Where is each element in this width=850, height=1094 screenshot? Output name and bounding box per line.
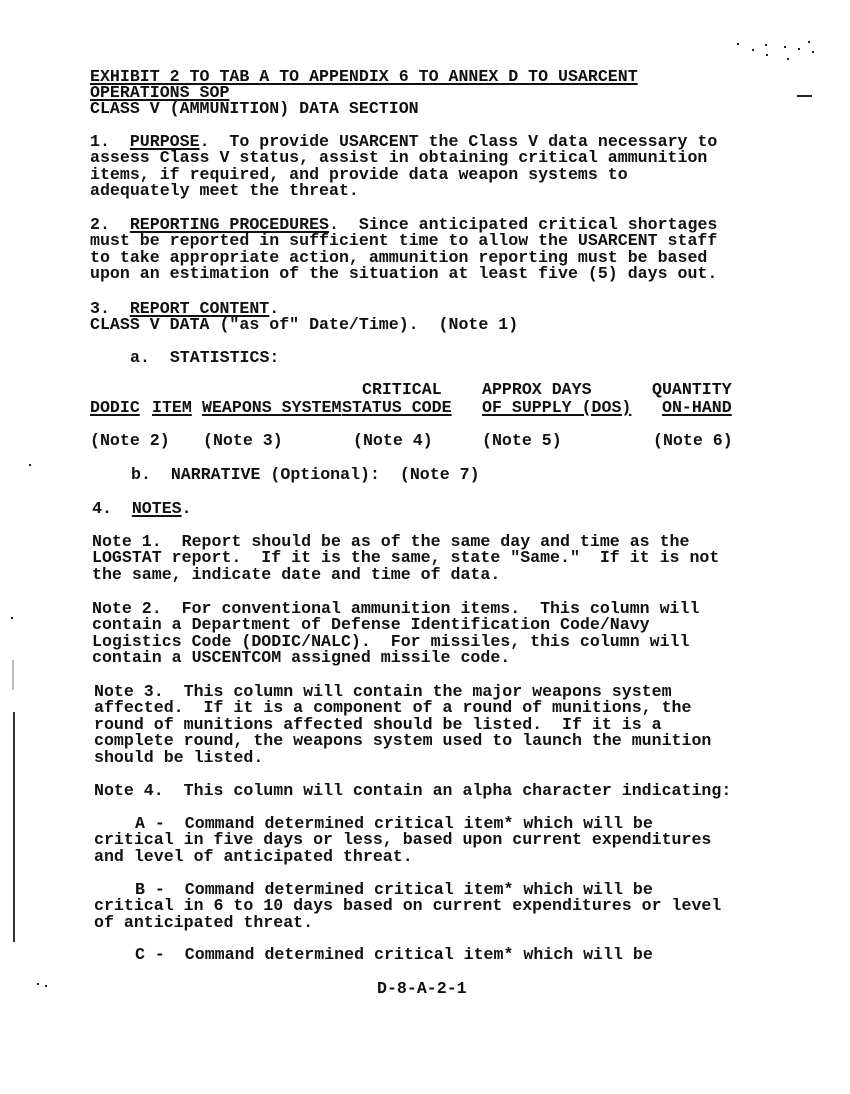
page-number: D-8-A-2-1 (377, 980, 467, 997)
code-a-line: critical in five days or less, based upo… (94, 831, 711, 848)
statistics-label: a. STATISTICS: (130, 349, 279, 366)
header-weapons-system: WEAPONS SYSTEM (202, 399, 341, 416)
header-days-of-supply: OF SUPPLY (DOS) (482, 399, 631, 416)
header-dodic: DODIC (90, 399, 140, 416)
scan-speck (765, 44, 767, 46)
scan-speck (798, 48, 800, 50)
note-2-line: contain a Department of Defense Identifi… (92, 616, 650, 633)
header-on-hand: ON-HAND (662, 399, 732, 416)
code-b-line: critical in 6 to 10 days based on curren… (94, 897, 721, 914)
margin-rule-faint (12, 660, 14, 690)
scan-speck (37, 983, 39, 985)
section-4-heading: 4. NOTES. (92, 500, 192, 517)
note-3-line: complete round, the weapons system used … (94, 732, 711, 749)
section-title: NOTES (132, 499, 182, 518)
note-1-line: LOGSTAT report. If it is the same, state… (92, 549, 719, 566)
section-number: 4. (92, 499, 112, 518)
note-3-line: affected. If it is a component of a roun… (94, 699, 691, 716)
code-b-line: of anticipated threat. (94, 914, 313, 931)
cell-note-6: (Note 6) (653, 432, 733, 449)
scan-speck (808, 41, 810, 43)
paragraph-line: adequately meet the threat. (90, 182, 359, 199)
scan-speck (812, 51, 814, 53)
header-item: ITEM (152, 399, 192, 416)
header-critical: CRITICAL (362, 381, 442, 398)
note-1-line: the same, indicate date and time of data… (92, 566, 500, 583)
note-3-line: should be listed. (94, 749, 263, 766)
scan-dash (797, 95, 812, 97)
paragraph-line: upon an estimation of the situation at l… (90, 265, 717, 282)
scan-speck (787, 58, 789, 60)
note-2-line: contain a USCENTCOM assigned missile cod… (92, 649, 510, 666)
scan-speck (766, 54, 768, 56)
header-approx-days: APPROX DAYS (482, 381, 592, 398)
section-heading: CLASS V (AMMUNITION) DATA SECTION (90, 100, 419, 117)
paragraph-line: assess Class V status, assist in obtaini… (90, 149, 707, 166)
cell-note-2: (Note 2) (90, 432, 170, 449)
scan-speck (11, 617, 13, 619)
cell-note-4: (Note 4) (353, 432, 433, 449)
code-a-line: and level of anticipated threat. (94, 848, 413, 865)
header-quantity: QUANTITY (652, 381, 732, 398)
scan-speck (29, 464, 31, 466)
margin-rule (13, 712, 15, 942)
code-c-line: C - Command determined critical item* wh… (135, 946, 653, 963)
header-status-code: STATUS CODE (342, 399, 452, 416)
scan-speck (752, 49, 754, 51)
narrative-label: b. NARRATIVE (Optional): (Note 7) (131, 466, 480, 483)
cell-note-3: (Note 3) (203, 432, 283, 449)
scan-speck (784, 46, 786, 48)
report-content-subtitle: CLASS V DATA ("as of" Date/Time). (Note … (90, 316, 518, 333)
scan-speck (737, 43, 739, 45)
scan-speck (45, 985, 47, 987)
note-4-line: Note 4. This column will contain an alph… (94, 782, 731, 799)
paragraph-line: must be reported in sufficient time to a… (90, 232, 717, 249)
cell-note-5: (Note 5) (482, 432, 562, 449)
